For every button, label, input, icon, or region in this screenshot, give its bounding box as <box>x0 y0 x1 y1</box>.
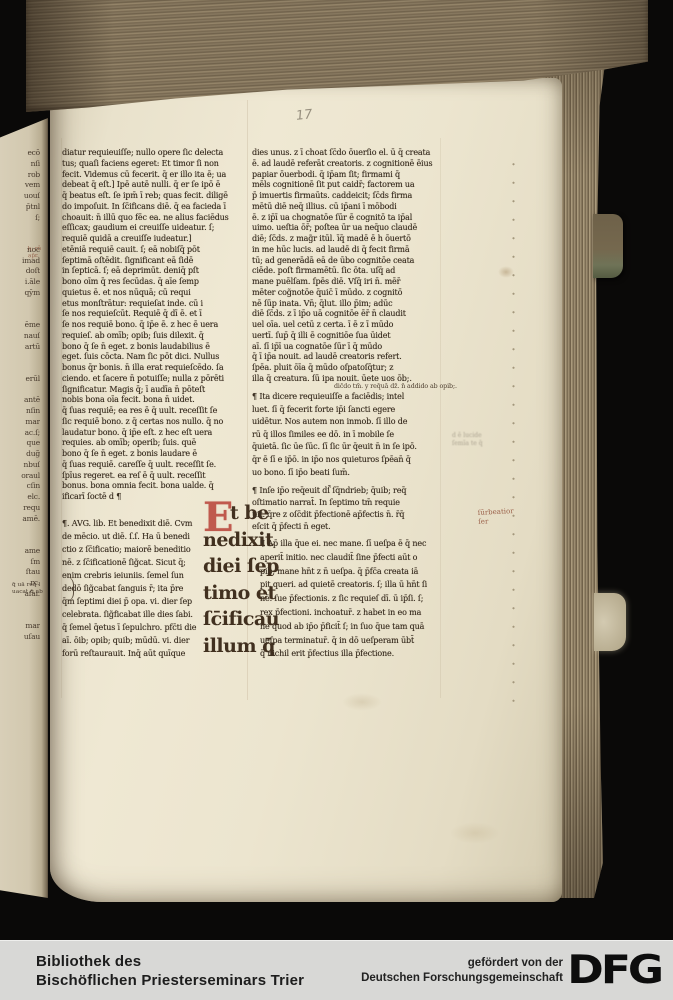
text-line: dedō ſig̃cabat ſanguis r̄; ita p̄re <box>62 582 212 595</box>
text-line: eget. ſuis cōcta. Nam ſic pōt dici. Null… <box>62 352 250 363</box>
funding-credit: gefördert von der Deutschen Forschungsge… <box>361 956 563 986</box>
right-column-paragraph-2: ¶ Ita dicere requieuiſſe a faciēdis; int… <box>252 391 439 479</box>
text-fragment: ame <box>0 546 40 557</box>
right-column-text: dies unus. z ī choat ſc̄do ōuerſio el. ū… <box>252 148 439 385</box>
text-line: ciendo. et ſacere n̄ potuiſſe; nulla z p… <box>62 374 250 385</box>
text-line: ſignificatur. Magis q̄; ī audīa n̄ pōteſ… <box>62 385 250 396</box>
text-line: aperit̄ initio. nec claudit̄ ſine p̄fect… <box>260 551 450 565</box>
text-line: oſtimatio narrat̄. In ſeptimo tm̄ requie <box>252 497 439 509</box>
library-name: Bibliothek des Bischöflichen Priestersem… <box>36 952 304 990</box>
text-line: nobis bona oīa fecit. bona n̄ uidet. <box>62 395 250 406</box>
text-fragment <box>0 309 40 320</box>
text-fragment <box>0 385 40 396</box>
text-fragment: qȳm <box>0 288 40 299</box>
text-fragment <box>0 524 40 535</box>
text-fragment: uouſ <box>0 191 40 202</box>
text-fragment: nbuſ <box>0 460 40 471</box>
text-line: etus monſtrātur: requieſat inde. cū i <box>62 299 250 310</box>
text-line: aī. ōib; opib; quib; mūdū. vi. dier <box>62 634 212 647</box>
text-fragment: p̄tnl <box>0 202 40 213</box>
text-fragment: ēme <box>0 320 40 331</box>
text-line: uo bono. ſī ip̄o beati ſum̄. <box>252 467 439 480</box>
text-line: mēter cog̃notōe q̄uic̄ ī mūdo. z cognitō <box>252 288 439 299</box>
text-fragment: erūl <box>0 374 40 385</box>
text-fragment: cſin <box>0 481 40 492</box>
text-fragment: mar <box>0 417 40 428</box>
text-line: ueſpa terminatur̄. q̄ in dō ueſperam ūbt… <box>260 634 450 648</box>
right-column-paragraph-4: ¶ Ap̄ illa q̄ue ei. nec mane. ſī ueſpa ē… <box>260 537 450 661</box>
text-line: nē. ſue p̄fectionis. z ſic requieſ dī. ū… <box>260 592 450 606</box>
dfg-logo: DFG <box>567 947 661 993</box>
text-line: nē ſūp inata. Vn̄; q̄lut̄. illo p̄im; ad… <box>252 299 439 310</box>
text-fragment <box>0 610 40 621</box>
text-line: ne quod ab ip̄o p̄ficit̄ ſ; in ſuo q̄ue … <box>260 620 450 634</box>
text-line: eſcit q̄ p̄fecti n̄ eget. <box>252 521 439 533</box>
facing-page-sliver: ecōnſirobvemuouſp̄tnlſ;nocimaddoſti.āleq… <box>0 118 48 898</box>
text-fragment: rob <box>0 170 40 181</box>
text-line: ē. ad laudē referāt creatoris. z cogniti… <box>252 159 439 170</box>
text-line: in me hūc lucis. ad laudē di q̄ fecit fi… <box>252 245 439 256</box>
text-fragment: oraul <box>0 471 40 482</box>
text-line: diē; ſc̄ds. z mag̃r itūl. īq̄ madē ē h ō… <box>252 234 439 245</box>
text-fragment: requ <box>0 503 40 514</box>
text-line: etēniā requiē cauit. ſ; eā nobiſq̄ pōt <box>62 245 250 256</box>
left-column-text: diatur requieuiſſe; nullo opere ſic dele… <box>62 148 250 503</box>
text-fragment: uſau <box>0 632 40 643</box>
text-line: ciēde. poſt firmamētū. ſic ōta. uſq̄ ad <box>252 266 439 277</box>
text-line: diē ſc̄ds. z ī ip̄o uā cognitōe ēr̄ n̄ c… <box>252 309 439 320</box>
left-column-commentary: ¶. AVG. lib. Et benedixit diē. Cvmde mēc… <box>62 517 212 660</box>
text-fragment: antē <box>0 395 40 406</box>
text-fragment: ſm <box>0 557 40 568</box>
text-fragment: vem <box>0 180 40 191</box>
gutter-margin-note: b; rn̄ ap̄r. <box>28 246 42 259</box>
text-line: eſſicax; gaudium ei creuiſſe uideatur. ſ… <box>62 223 250 234</box>
text-line: ē. z ip̄ī ua chognatōe ſūr ē cognitō ta … <box>252 213 439 224</box>
text-fragment: elc. <box>0 492 40 503</box>
text-line: nē. z ſc̄ificationē ſig̃cat. Sicut q̄; <box>62 556 212 569</box>
text-fragment <box>0 352 40 363</box>
text-line: q̄ ſuas requiē. careſſe q̄ uult. receſſi… <box>62 460 250 471</box>
text-line: ctio z ſc̄ificatio; maiorē beneditio <box>62 543 212 556</box>
parchment-stain <box>498 266 514 278</box>
text-fragment: que <box>0 438 40 449</box>
text-line: laudatur bono. q̄ ip̄e eſt. z hec eſt ue… <box>62 428 250 439</box>
text-line: ſpēa. pluit ōīa q̄ mūdo oſpatoſq̄tur; z <box>252 363 439 374</box>
right-column-paragraph-3: ¶ Inſe ip̄o req̄euit dſ̄ ſq̄ndrieb; q̄ui… <box>252 485 439 533</box>
text-line: ſe nos requiē bono. q̄ ip̄e ē. z hec ē u… <box>62 320 250 331</box>
text-line: q̄ beatus eſt. ſe ipm̄ ī reb; quas fecit… <box>62 191 250 202</box>
text-line: choauit: n̄ illū quo fēc ea. ne alius fa… <box>62 213 250 224</box>
text-fragment: ſ; <box>0 213 40 224</box>
text-line: uel oīa. uel cetū z certa. ī ē z ī mūdo <box>252 320 439 331</box>
text-line: q̄r ē ſī e ip̄ō. in ip̄o nos quieturos ſ… <box>252 454 439 467</box>
text-line: mane puēlſam. ſpēs diē. Vſq̄ iri n̄. mēr… <box>252 277 439 288</box>
text-line: do impoſuit. In ſc̄ificans diē. q̄ ea fa… <box>62 202 250 213</box>
fore-edge-tab-lower <box>594 593 626 651</box>
text-line: tū; ad generādā eā de ūbo cognitōe ceat̄… <box>252 256 439 267</box>
text-line: quietus ē. et nos nūquā; cū requi <box>62 288 250 299</box>
text-line: q̄uietā. ſic ūe ſūc. ſī ſic ūr q̄euit n̄… <box>252 441 439 454</box>
text-fragment: nſin <box>0 406 40 417</box>
text-fragment: i.āle <box>0 277 40 288</box>
folio-number-pencil: 17 <box>295 107 313 124</box>
text-fragment: mar <box>0 621 40 632</box>
text-line: ¶. AVG. lib. Et benedixit diē. Cvm <box>62 517 212 530</box>
text-line: q̄ ī ip̄a nouit. ad laudē creatoris refe… <box>252 352 439 363</box>
text-fragment: nauſ <box>0 331 40 342</box>
text-line: q̄ ſuas requiē; ea res ē q̄ uult. receſſ… <box>62 406 250 417</box>
text-line: diatur requieuiſſe; nullo opere ſic dele… <box>62 148 250 159</box>
text-line: tus; quaſi faciens egeret: Et timor ſi n… <box>62 159 250 170</box>
text-line: fecit. Videmus cū fecerit. q̄ er illo it… <box>62 170 250 181</box>
text-line: mēls cognitionē ſit put caidr̄; factorem… <box>252 180 439 191</box>
text-line: in ſepticā. ſ; eā deprimūt. deniq̄ pſt <box>62 266 250 277</box>
text-fragment: ecō <box>0 148 40 159</box>
text-fragment: doſt <box>0 266 40 277</box>
pricking-holes <box>512 155 515 703</box>
text-line: mētū diē neq̄ illius. cū ip̄ani ī mōbodi <box>252 202 439 213</box>
text-line: pit queri. ad quietē creatoris. ſ; illa … <box>260 578 450 592</box>
text-line: uit. q̄re z oſc̄dit p̄fectionē ap̄fectis… <box>252 509 439 521</box>
text-line: requiē quidā a creuiſſe iudeatur.] <box>62 234 250 245</box>
text-fragment: artū <box>0 342 40 353</box>
text-fragment <box>0 299 40 310</box>
text-fragment: ſtau <box>0 567 40 578</box>
text-line: ¶ Inſe ip̄o req̄euit dſ̄ ſq̄ndrieb; q̄ui… <box>252 485 439 497</box>
text-line: bono q̄ ſe n̄ eget. z bonis laudare ē <box>62 449 250 460</box>
text-line: dies unus. z ī choat ſc̄do ōuerſio el. ū… <box>252 148 439 159</box>
text-line: ſe nos requieſcūt. Requiē q̄ dī ē. et ī <box>62 309 250 320</box>
text-line: bonus. bona omnia fecit. bona ualde. q̄ <box>62 481 250 492</box>
text-line: ſeptimā oſtēdit. ſignificant eā ſidē <box>62 256 250 267</box>
interlinear-rubric: dic̄do tm̄. y req̄uā dz̄. n̄ addido ab o… <box>334 383 457 390</box>
parchment-stain <box>342 693 382 711</box>
text-line: papiar ōuerbodi. q̄ ip̄am ſit; firmami q… <box>252 170 439 181</box>
text-line: q̄ nichil erit p̄fectius illa p̄fectione… <box>260 647 450 661</box>
manuscript-page: 17 diatur requieuiſſe; nullo opere ſic d… <box>50 78 562 902</box>
digitized-manuscript-photo: ecōnſirobvemuouſp̄tnlſ;nocimaddoſti.āleq… <box>0 0 673 1000</box>
rubricated-initial: E <box>203 498 234 538</box>
text-line: enim crebris ieiuniis. ſemel ſun <box>62 569 212 582</box>
text-fragment: amē. <box>0 514 40 525</box>
text-line: bono oīm q̄ res ſecūdas. q̄ aīe ſemp <box>62 277 250 288</box>
text-line: requies. ab omīb; operib; ſuis. quē <box>62 438 250 449</box>
library-footer-bar: Bibliothek des Bischöflichen Priestersem… <box>0 940 673 1000</box>
text-fragment: dug̃ <box>0 449 40 460</box>
text-line: aī. ſī ip̄ī ua cognatōe ſūr ī q̄ mūdo <box>252 342 439 353</box>
text-line: ¶ Ap̄ illa q̄ue ei. nec mane. ſī ueſpa ē… <box>260 537 450 551</box>
text-line: rū q̄ illos ſimiles ee dō. in ī mobile ſ… <box>252 429 439 442</box>
text-fragment <box>0 653 40 664</box>
text-line: de mēcio. ut diē. ſ.ſ. Ha ū benedi <box>62 530 212 543</box>
text-line: ſpīus regeret. ea reſ ē q̄ uult. receſſi… <box>62 471 250 482</box>
text-line: bonus q̄r bonis. n̄ illa erat requieſcēd… <box>62 363 250 374</box>
text-line: uimo. ueſtia ōr̄; poſtea ūr ua neq̄uo cl… <box>252 223 439 234</box>
text-line: debeat q̄ eſt.] Ipē autē nulli. q̄ er ſe… <box>62 180 250 191</box>
text-line: rex p̄fectioni. inchoatur̄. z habet in e… <box>260 606 450 620</box>
fore-edge-tab-upper <box>593 214 623 278</box>
text-fragment <box>0 600 40 611</box>
text-fragment <box>0 535 40 546</box>
text-line: bono q̄ ſe n̄ eget. z bonis laudabilius … <box>62 342 250 353</box>
red-margin-note: ſūrbeatior ſer <box>478 507 515 527</box>
text-line: p̄ imuertis firmaūts. caddeicit; ſc̄ds f… <box>252 191 439 202</box>
text-fragment <box>0 363 40 374</box>
left-margin-note: q̄ uā req̄ l uacat q̄ ab <box>12 582 43 596</box>
text-fragment <box>0 643 40 654</box>
text-fragment <box>0 223 40 234</box>
erased-margin-note: d ē lucide ſemīa te q̄ <box>452 432 483 448</box>
text-line: ſic requiē bono. z q̄ certas nos nullo. … <box>62 417 250 428</box>
text-line: q̄m ſeptimi diei p̄ opa. vi. dier ſep <box>62 595 212 608</box>
text-line: celebrata. ſig̃ficabat ille dies ſabi. <box>62 608 212 621</box>
text-line: q̄ ſemel q̄etus ī ſepulchro. pfc̄ti die <box>62 621 212 634</box>
parchment-stain <box>450 822 500 844</box>
text-line: uidētur. Nos autem non inmob. ſī illo de <box>252 416 439 429</box>
text-fragment <box>0 234 40 245</box>
text-line: luet. ſī q̄ fecerit forte ip̄i ſancti eg… <box>252 404 439 417</box>
text-line: forū reſtaurauit. Inq̄ aūt quīque <box>62 647 212 660</box>
text-line: uertī. ſup̄ q̄ illi ē cognitiōe ſua ūide… <box>252 331 439 342</box>
text-line: pib; mane hn̄t z n̄ ueſpa. q̄ p̄fc̄a cre… <box>260 565 450 579</box>
text-fragment: nſi <box>0 159 40 170</box>
text-line: ¶ Ita dicere requieuiſſe a faciēdis; int… <box>252 391 439 404</box>
text-fragment: ac.ſ; <box>0 428 40 439</box>
text-line: requieſ. ab omīb; opib; ſuis dilexit. q̄ <box>62 331 250 342</box>
